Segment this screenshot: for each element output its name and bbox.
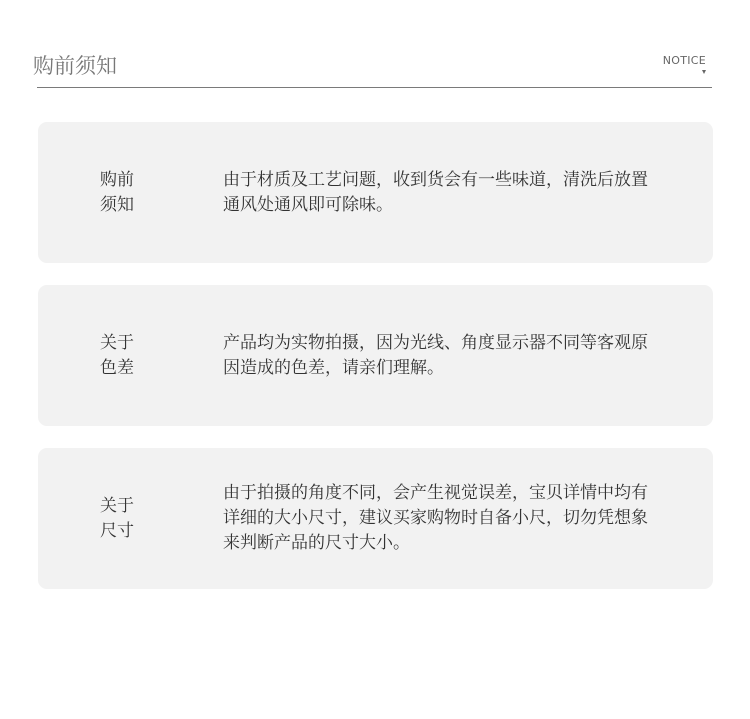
card-text: 由于拍摄的角度不同，会产生视觉误差，宝贝详情中均有详细的大小尺寸，建议买家购物时… <box>223 481 653 556</box>
card-text: 产品均为实物拍摄，因为光线、角度显示器不同等客观原因造成的色差，请亲们理解。 <box>223 331 653 381</box>
notice-card-size: 关于 尺寸 由于拍摄的角度不同，会产生视觉误差，宝贝详情中均有详细的大小尺寸，建… <box>38 448 713 589</box>
header-title: 购前须知 <box>33 52 117 80</box>
notice-card-color-difference: 关于 色差 产品均为实物拍摄，因为光线、角度显示器不同等客观原因造成的色差，请亲… <box>38 285 713 426</box>
notice-label: NOTICE <box>663 54 706 67</box>
triangle-down-icon <box>702 70 706 74</box>
notice-card-before-purchase: 购前 须知 由于材质及工艺问题，收到货会有一些味道，清洗后放置通风处通风即可除味… <box>38 122 713 263</box>
card-label: 购前 须知 <box>100 168 160 218</box>
card-label-line: 尺寸 <box>100 519 160 544</box>
card-label-line: 须知 <box>100 193 160 218</box>
notice-header: 购前须知 NOTICE <box>37 40 712 88</box>
card-label: 关于 尺寸 <box>100 494 160 544</box>
card-label-line: 色差 <box>100 356 160 381</box>
card-label-line: 购前 <box>100 168 160 193</box>
card-text: 由于材质及工艺问题，收到货会有一些味道，清洗后放置通风处通风即可除味。 <box>223 168 653 218</box>
card-label-line: 关于 <box>100 494 160 519</box>
card-label: 关于 色差 <box>100 331 160 381</box>
card-label-line: 关于 <box>100 331 160 356</box>
